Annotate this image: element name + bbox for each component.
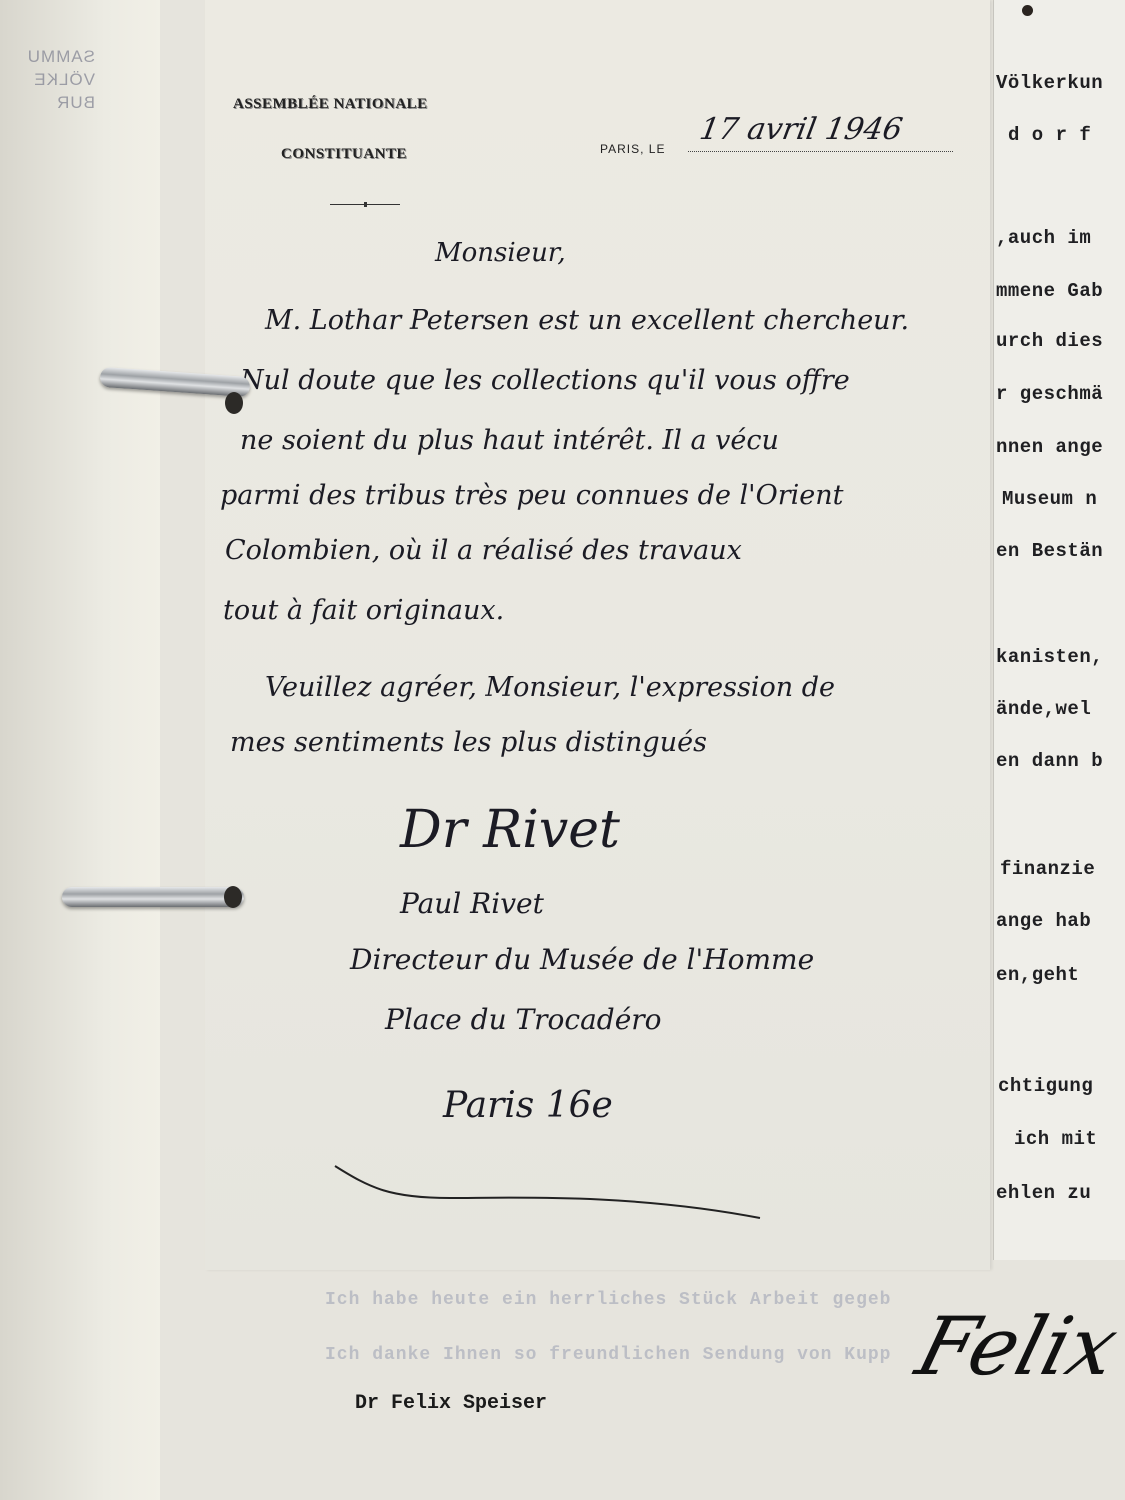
typed-line: ehlen zu: [996, 1182, 1091, 1204]
handwritten-signature-felix: Felix: [908, 1300, 1125, 1393]
body-line: tout à fait originaux.: [223, 595, 504, 626]
handwritten-signature-rivet: Dr Rivet: [400, 800, 620, 860]
typed-line: Völkerkun: [996, 72, 1103, 94]
typed-line: en Bestän: [996, 540, 1103, 562]
typed-line: kanisten,: [996, 646, 1103, 668]
stamp-line: VÖLKE: [0, 68, 95, 91]
typed-line: Museum n: [1002, 488, 1097, 510]
left-binder-page: SAMMU VÖLKE BUR: [0, 0, 175, 1500]
body-line: M. Lothar Petersen est un excellent cher…: [265, 305, 909, 336]
typed-letter-right-edge: Völkerkun d o r f ,auch im mmene Gab urc…: [993, 0, 1125, 1260]
sender-address: Place du Trocadéro: [385, 1003, 662, 1036]
place-label: PARIS, LE: [600, 142, 665, 156]
sender-title: Directeur du Musée de l'Homme: [350, 943, 814, 976]
ring-hole: [224, 886, 242, 908]
typed-line: ange hab: [996, 910, 1091, 932]
typed-line: mmene Gab: [996, 280, 1103, 302]
typed-line: ,auch im: [996, 227, 1091, 249]
date-dotted-line: [688, 151, 953, 152]
typed-line: urch dies: [996, 330, 1103, 352]
sender-name: Paul Rivet: [400, 887, 544, 920]
letterhead-divider: [330, 204, 400, 205]
body-line: ne soient du plus haut intérêt. Il a véc…: [240, 425, 779, 456]
typed-line: finanzie: [1000, 858, 1095, 880]
body-line: parmi des tribus très peu connues de l'O…: [220, 480, 843, 511]
typed-line: en,geht: [996, 964, 1079, 986]
binder-ring-bottom: [62, 887, 244, 907]
rivet-letter-sheet: ASSEMBLÉE NATIONALE CONSTITUANTE PARIS, …: [205, 0, 990, 1270]
typed-line: ände,wel: [996, 698, 1091, 720]
typed-line: ich mit: [1014, 1128, 1097, 1150]
body-line: Veuillez agréer, Monsieur, l'expression …: [265, 672, 835, 703]
body-line: Nul doute que les collections qu'il vous…: [240, 365, 850, 396]
handwritten-date: 17 avril 1946: [697, 112, 905, 147]
letterhead-line2: CONSTITUANTE: [281, 146, 407, 163]
typed-signature: Dr Felix Speiser: [355, 1392, 547, 1415]
body-line: Colombien, où il a réalisé des travaux: [225, 535, 742, 566]
typed-line: chtigung: [998, 1075, 1093, 1097]
body-line: mes sentiments les plus distingués: [230, 727, 707, 758]
sender-city: Paris 16e: [443, 1085, 613, 1126]
institution-stamp: SAMMU VÖLKE BUR: [0, 45, 95, 114]
signature-flourish: [330, 1158, 780, 1228]
salutation: Monsieur,: [435, 238, 566, 268]
ring-hole: [225, 392, 243, 414]
faint-typed-line: Ich danke Ihnen so freundlichen Sendung …: [325, 1345, 891, 1365]
typed-line: r geschmä: [996, 383, 1103, 405]
typed-line: d o r f: [1008, 124, 1091, 146]
typed-line: en dann b: [996, 750, 1103, 772]
typed-line: nnen ange: [996, 436, 1103, 458]
letterhead-line1: ASSEMBLÉE NATIONALE: [233, 96, 428, 113]
punch-hole: [1022, 5, 1033, 16]
stamp-line: SAMMU: [0, 45, 95, 68]
stamp-line: BUR: [0, 91, 95, 114]
faint-typed-line: Ich habe heute ein herrliches Stück Arbe…: [325, 1290, 891, 1310]
